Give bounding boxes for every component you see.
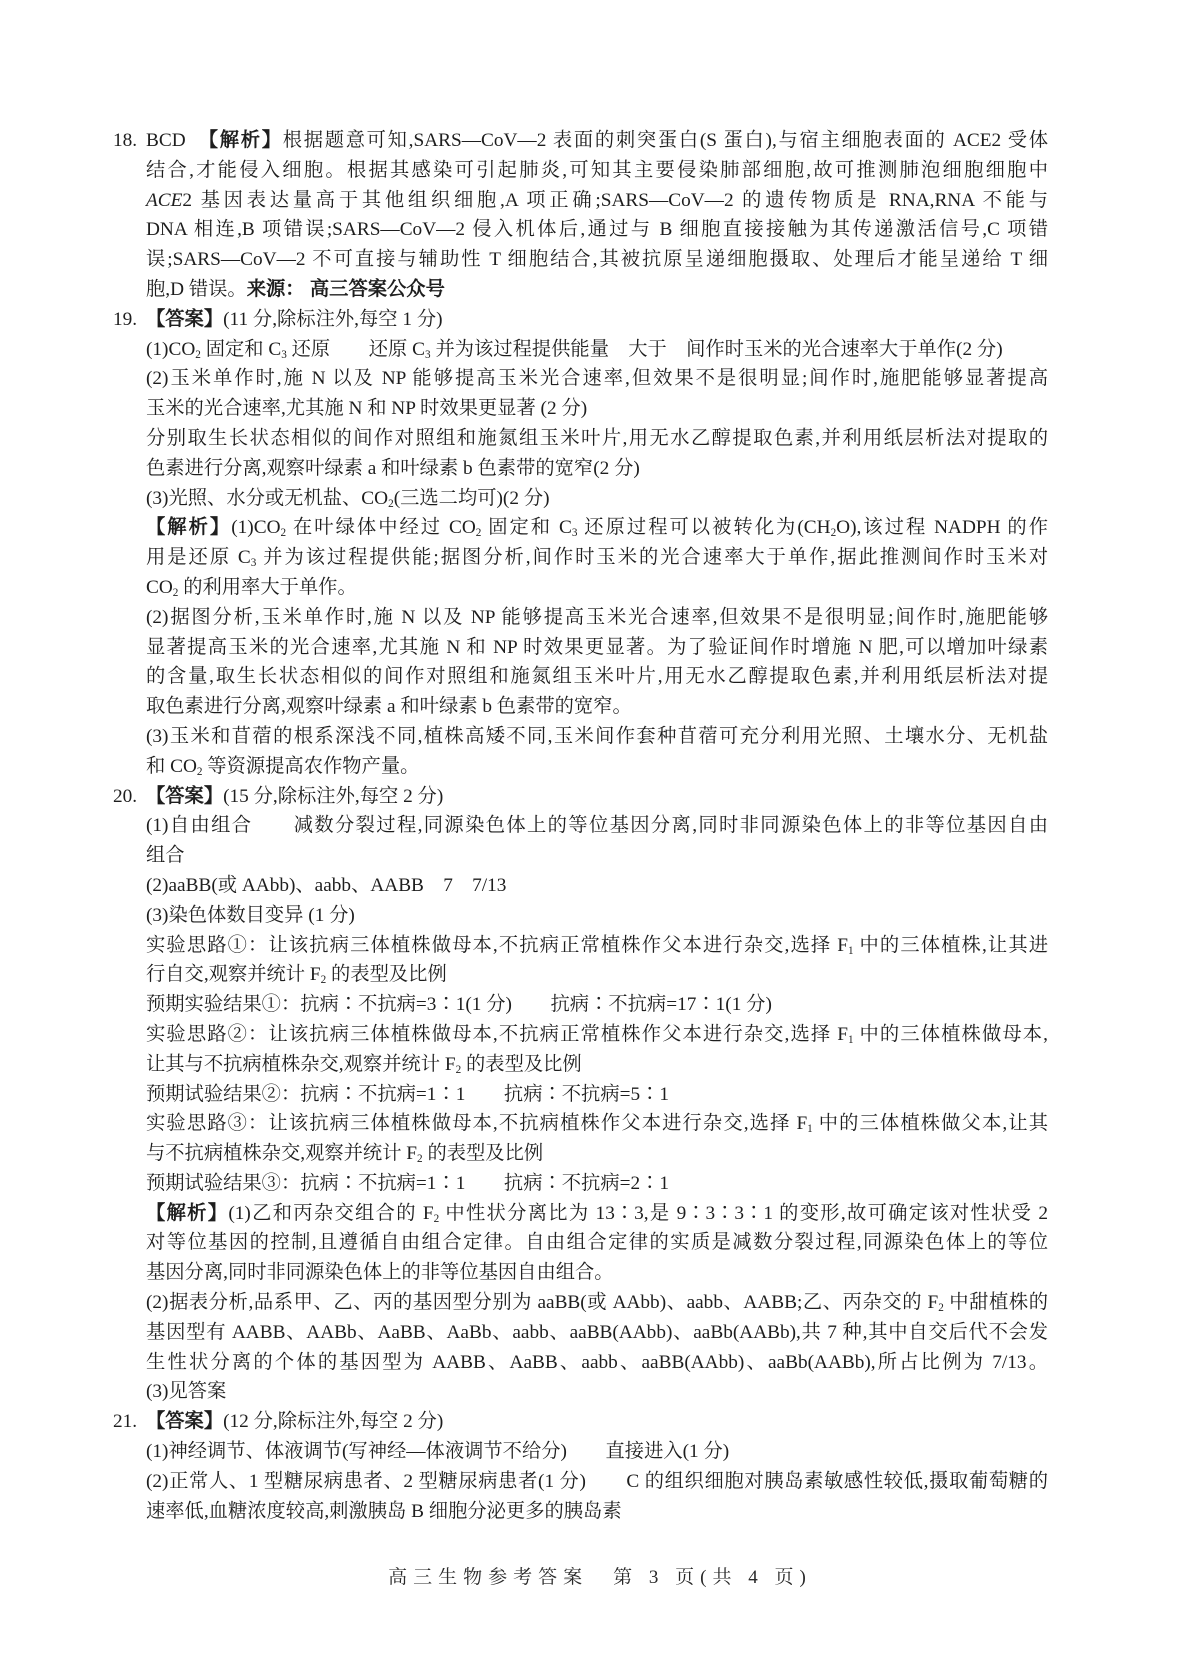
text-line: 预期试验结果③：抗病∶不抗病=1∶1 抗病∶不抗病=2∶1 — [146, 1169, 1048, 1199]
bold-label: 【答案】 — [146, 309, 223, 330]
bold-label: 来源： 高三答案公众号 — [247, 279, 445, 300]
question-number: 19. — [113, 305, 146, 335]
text-segment: (1)神经调节、体液调节(写神经—体液调节不给分) 直接进入(1 分) — [146, 1441, 729, 1462]
bold-label: 【答案】 — [146, 786, 223, 807]
text-line: 实验思路①：让该抗病三体植株做母本,不抗病正常植株作父本进行杂交,选择 F1 中… — [146, 931, 1048, 961]
text-segment: 显著提高玉米的光合速率,尤其施 N 和 NP 时效果更显著。为了验证间作时增施 … — [146, 637, 1048, 658]
text-segment: DNA 相连,B 项错误;SARS—CoV—2 侵入机体后,通过与 B 细胞直接… — [146, 219, 1048, 240]
bold-label: 【答案】 — [146, 1411, 223, 1432]
question-number: 20. — [113, 782, 146, 812]
question-number: 18. — [113, 126, 146, 156]
text-segment: 预期实验结果①：抗病∶不抗病=3∶1(1 分) 抗病∶不抗病=17∶1(1 分) — [146, 994, 772, 1015]
text-segment: 基因型有 AABB、AABb、AaBB、AaBb、aabb、aaBB(AAbb)… — [146, 1322, 1048, 1343]
text-segment: 色素进行分离,观察叶绿素 a 和叶绿素 b 色素带的宽窄(2 分) — [146, 458, 640, 479]
text-segment: 2 基因表达量高于其他组织细胞,A 项正确;SARS—CoV—2 的遗传物质是 … — [182, 190, 1048, 211]
text-segment: 玉米的光合速率,尤其施 N 和 NP 时效果更显著 (2 分) — [146, 398, 587, 419]
text-line: 胞,D 错误。来源： 高三答案公众号 — [146, 275, 1048, 305]
text-line: 和 CO2 等资源提高农作物产量。 — [146, 752, 1048, 782]
text-line: (1)自由组合 减数分裂过程,同源染色体上的等位基因分离,同时非同源染色体上的非… — [146, 811, 1048, 841]
text-segment: (12 分,除标注外,每空 2 分) — [223, 1411, 443, 1432]
text-segment: 让其与不抗病植株杂交,观察并统计 F2 的表型及比例 — [146, 1054, 582, 1075]
text-segment: 胞,D 错误。 — [146, 279, 247, 300]
text-segment: (11 分,除标注外,每空 1 分) — [223, 309, 442, 330]
text-segment: (2)玉米单作时,施 N 以及 NP 能够提高玉米光合速率,但效果不是很明显;间… — [146, 368, 1048, 389]
text-segment: (2)正常人、1 型糖尿病患者、2 型糖尿病患者(1 分) C 的组织细胞对胰岛… — [146, 1471, 1048, 1492]
text-segment: 速率低,血糖浓度较高,刺激胰岛 B 细胞分泌更多的胰岛素 — [146, 1501, 622, 1522]
text-line: 19.【答案】(11 分,除标注外,每空 1 分) — [146, 305, 1048, 335]
bold-label: 【解析】 — [208, 130, 282, 151]
text-line: 的含量,取生长状态相似的间作对照组和施氮组玉米叶片,用无水乙醇提取色素,并利用纸… — [146, 662, 1048, 692]
text-line: 20.【答案】(15 分,除标注外,每空 2 分) — [146, 782, 1048, 812]
text-segment: 实验思路①：让该抗病三体植株做母本,不抗病正常植株作父本进行杂交,选择 F1 中… — [146, 935, 1048, 956]
answer-lines: 18.BCD 【解析】根据题意可知,SARS—CoV—2 表面的刺突蛋白(S 蛋… — [146, 126, 1048, 1526]
text-segment: (2)据表分析,品系甲、乙、丙的基因型分别为 aaBB(或 AAbb)、aabb… — [146, 1292, 1048, 1313]
text-line: (2)玉米单作时,施 N 以及 NP 能够提高玉米光合速率,但效果不是很明显;间… — [146, 364, 1048, 394]
text-line: 色素进行分离,观察叶绿素 a 和叶绿素 b 色素带的宽窄(2 分) — [146, 454, 1048, 484]
text-segment: 生性状分离的个体的基因型为 AABB、AaBB、aabb、aaBB(AAbb)、… — [146, 1352, 1048, 1373]
text-segment: 根据题意可知,SARS—CoV—2 表面的刺突蛋白(S 蛋白),与宿主细胞表面的… — [283, 130, 1048, 151]
text-line: (2)据表分析,品系甲、乙、丙的基因型分别为 aaBB(或 AAbb)、aabb… — [146, 1288, 1048, 1318]
text-line: 预期实验结果①：抗病∶不抗病=3∶1(1 分) 抗病∶不抗病=17∶1(1 分) — [146, 990, 1048, 1020]
text-segment: 结合,才能侵入细胞。根据其感染可引起肺炎,可知其主要侵染肺部细胞,故可推测肺泡细… — [146, 160, 1048, 181]
text-segment: (1)乙和丙杂交组合的 F2 中性状分离比为 13∶3,是 9∶3∶3∶1 的变… — [228, 1203, 1048, 1224]
text-line: CO2 的利用率大于单作。 — [146, 573, 1048, 603]
question-number: 21. — [113, 1407, 146, 1437]
text-line: ACE2 基因表达量高于其他组织细胞,A 项正确;SARS—CoV—2 的遗传物… — [146, 186, 1048, 216]
text-line: 【解析】(1)乙和丙杂交组合的 F2 中性状分离比为 13∶3,是 9∶3∶3∶… — [146, 1199, 1048, 1229]
text-line: (1)CO2 固定和 C3 还原 还原 C3 并为该过程提供能量 大于 间作时玉… — [146, 335, 1048, 365]
text-line: DNA 相连,B 项错误;SARS—CoV—2 侵入机体后,通过与 B 细胞直接… — [146, 215, 1048, 245]
text-segment: 预期试验结果③：抗病∶不抗病=1∶1 抗病∶不抗病=2∶1 — [146, 1173, 669, 1194]
text-line: 取色素进行分离,观察叶绿素 a 和叶绿素 b 色素带的宽窄。 — [146, 692, 1048, 722]
text-line: 基因型有 AABB、AABb、AaBB、AaBb、aabb、aaBB(AAbb)… — [146, 1318, 1048, 1348]
text-segment: (1)自由组合 减数分裂过程,同源染色体上的等位基因分离,同时非同源染色体上的非… — [146, 815, 1048, 836]
text-segment: 对等位基因的控制,且遵循自由组合定律。自由组合定律的实质是减数分裂过程,同源染色… — [146, 1232, 1048, 1253]
text-line: (2)正常人、1 型糖尿病患者、2 型糖尿病患者(1 分) C 的组织细胞对胰岛… — [146, 1467, 1048, 1497]
page-footer: 高三生物参考答案 第 3 页(共 4 页) — [0, 1562, 1200, 1589]
text-segment: (3)光照、水分或无机盐、CO2(三选二均可)(2 分) — [146, 488, 550, 509]
text-segment: (1)CO2 在叶绿体中经过 CO2 固定和 C3 还原过程可以被转化为(CH2… — [231, 517, 1048, 538]
text-segment: 用是还原 C3 并为该过程提供能;据图分析,间作时玉米的光合速率大于单作,据此推… — [146, 547, 1048, 568]
text-line: 结合,才能侵入细胞。根据其感染可引起肺炎,可知其主要侵染肺部细胞,故可推测肺泡细… — [146, 156, 1048, 186]
text-segment: 预期试验结果②：抗病∶不抗病=1∶1 抗病∶不抗病=5∶1 — [146, 1084, 669, 1105]
text-segment: (2)据图分析,玉米单作时,施 N 以及 NP 能够提高玉米光合速率,但效果不是… — [146, 607, 1048, 628]
text-line: (3)见答案 — [146, 1377, 1048, 1407]
text-line: 生性状分离的个体的基因型为 AABB、AaBB、aabb、aaBB(AAbb)、… — [146, 1348, 1048, 1378]
text-line: 玉米的光合速率,尤其施 N 和 NP 时效果更显著 (2 分) — [146, 394, 1048, 424]
text-segment: (15 分,除标注外,每空 2 分) — [223, 786, 443, 807]
text-segment: (3)染色体数目变异 (1 分) — [146, 905, 355, 926]
text-line: 行自交,观察并统计 F2 的表型及比例 — [146, 960, 1048, 990]
text-line: 【解析】(1)CO2 在叶绿体中经过 CO2 固定和 C3 还原过程可以被转化为… — [146, 513, 1048, 543]
bold-label: 【解析】 — [146, 517, 231, 538]
text-line: 分别取生长状态相似的间作对照组和施氮组玉米叶片,用无水乙醇提取色素,并利用纸层析… — [146, 424, 1048, 454]
text-line: 实验思路③：让该抗病三体植株做母本,不抗病植株作父本进行杂交,选择 F1 中的三… — [146, 1109, 1048, 1139]
text-line: (3)玉米和苜蓿的根系深浅不同,植株高矮不同,玉米间作套种苜蓿可充分利用光照、土… — [146, 722, 1048, 752]
text-line: 组合 — [146, 841, 1048, 871]
text-segment: 和 CO2 等资源提高农作物产量。 — [146, 756, 419, 777]
text-line: 与不抗病植株杂交,观察并统计 F2 的表型及比例 — [146, 1139, 1048, 1169]
text-line: 21.【答案】(12 分,除标注外,每空 2 分) — [146, 1407, 1048, 1437]
text-segment: ACE — [146, 190, 182, 211]
text-line: 用是还原 C3 并为该过程提供能;据图分析,间作时玉米的光合速率大于单作,据此推… — [146, 543, 1048, 573]
text-line: (2)据图分析,玉米单作时,施 N 以及 NP 能够提高玉米光合速率,但效果不是… — [146, 603, 1048, 633]
text-segment: (3)见答案 — [146, 1381, 226, 1402]
text-line: 显著提高玉米的光合速率,尤其施 N 和 NP 时效果更显著。为了验证间作时增施 … — [146, 633, 1048, 663]
text-segment: 分别取生长状态相似的间作对照组和施氮组玉米叶片,用无水乙醇提取色素,并利用纸层析… — [146, 428, 1048, 449]
text-line: (3)染色体数目变异 (1 分) — [146, 901, 1048, 931]
text-line: 实验思路②：让该抗病三体植株做母本,不抗病正常植株作父本进行杂交,选择 F1 中… — [146, 1020, 1048, 1050]
text-segment: 取色素进行分离,观察叶绿素 a 和叶绿素 b 色素带的宽窄。 — [146, 696, 632, 717]
text-segment: 组合 — [146, 845, 185, 866]
text-segment: 实验思路②：让该抗病三体植株做母本,不抗病正常植株作父本进行杂交,选择 F1 中… — [146, 1024, 1048, 1045]
text-line: 对等位基因的控制,且遵循自由组合定律。自由组合定律的实质是减数分裂过程,同源染色… — [146, 1228, 1048, 1258]
text-segment: 实验思路③：让该抗病三体植株做母本,不抗病植株作父本进行杂交,选择 F1 中的三… — [146, 1113, 1048, 1134]
text-line: 误;SARS—CoV—2 不可直接与辅助性 T 细胞结合,其被抗原呈递细胞摄取、… — [146, 245, 1048, 275]
text-line: 基因分离,同时非同源染色体上的非等位基因自由组合。 — [146, 1258, 1048, 1288]
text-segment: BCD — [146, 130, 208, 151]
bold-label: 【解析】 — [146, 1203, 228, 1224]
text-segment: 的含量,取生长状态相似的间作对照组和施氮组玉米叶片,用无水乙醇提取色素,并利用纸… — [146, 666, 1048, 687]
text-line: 18.BCD 【解析】根据题意可知,SARS—CoV—2 表面的刺突蛋白(S 蛋… — [146, 126, 1048, 156]
text-line: (2)aaBB(或 AAbb)、aabb、AABB 7 7/13 — [146, 871, 1048, 901]
text-segment: 行自交,观察并统计 F2 的表型及比例 — [146, 964, 447, 985]
text-segment: (3)玉米和苜蓿的根系深浅不同,植株高矮不同,玉米间作套种苜蓿可充分利用光照、土… — [146, 726, 1048, 747]
text-segment: 基因分离,同时非同源染色体上的非等位基因自由组合。 — [146, 1262, 614, 1283]
text-line: 预期试验结果②：抗病∶不抗病=1∶1 抗病∶不抗病=5∶1 — [146, 1080, 1048, 1110]
text-line: 速率低,血糖浓度较高,刺激胰岛 B 细胞分泌更多的胰岛素 — [146, 1497, 1048, 1527]
text-line: (1)神经调节、体液调节(写神经—体液调节不给分) 直接进入(1 分) — [146, 1437, 1048, 1467]
text-segment: 误;SARS—CoV—2 不可直接与辅助性 T 细胞结合,其被抗原呈递细胞摄取、… — [146, 249, 1048, 270]
exam-answer-page: 18.BCD 【解析】根据题意可知,SARS—CoV—2 表面的刺突蛋白(S 蛋… — [0, 0, 1200, 1673]
text-line: (3)光照、水分或无机盐、CO2(三选二均可)(2 分) — [146, 484, 1048, 514]
text-segment: 与不抗病植株杂交,观察并统计 F2 的表型及比例 — [146, 1143, 543, 1164]
text-line: 让其与不抗病植株杂交,观察并统计 F2 的表型及比例 — [146, 1050, 1048, 1080]
text-segment: CO2 的利用率大于单作。 — [146, 577, 357, 598]
text-segment: (2)aaBB(或 AAbb)、aabb、AABB 7 7/13 — [146, 875, 506, 896]
text-segment: (1)CO2 固定和 C3 还原 还原 C3 并为该过程提供能量 大于 间作时玉… — [146, 339, 1003, 360]
